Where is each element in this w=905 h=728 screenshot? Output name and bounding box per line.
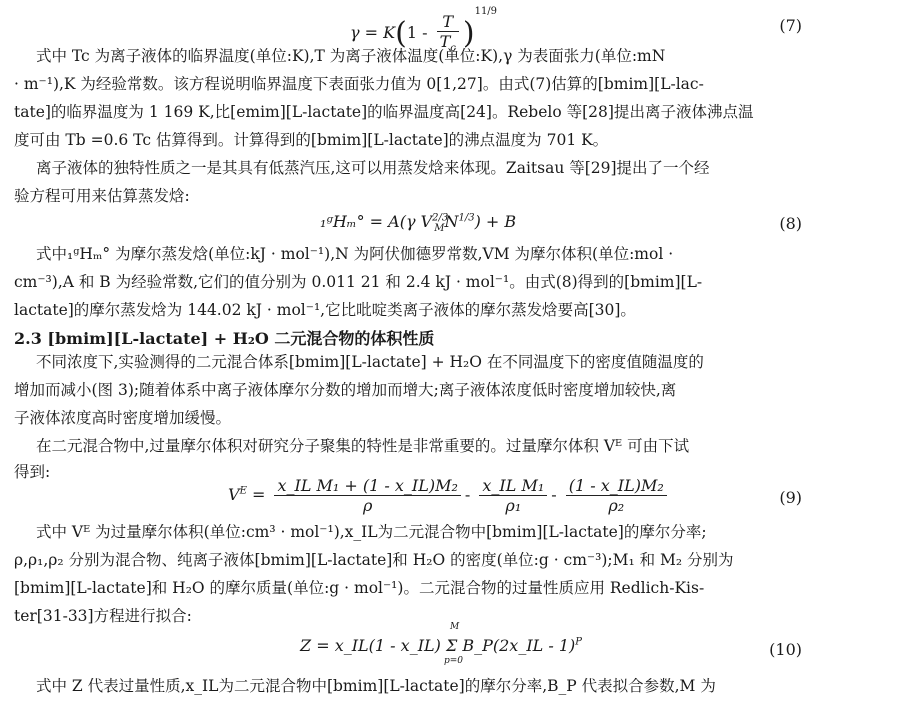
text-line: tate]的临界温度为 1 169 K,比[emim][L-lactate]的临… [14, 102, 804, 122]
eq8-sub: M [434, 223, 444, 234]
eq10-text: Z = x_IL(1 - x_IL) Σ B_P(2x_IL - 1) [300, 636, 575, 655]
text-line: 验方程可用来估算蒸发焓: [14, 186, 804, 206]
eq9-fraction-3: (1 - x_IL)M₂ρ₂ [566, 476, 667, 515]
equation-number-8: (8) [779, 214, 802, 233]
equation-number-7: (7) [779, 16, 802, 35]
text-line: ρ,ρ₁,ρ₂ 分别为混合物、纯离子液体[bmim][L-lactate]和 H… [14, 550, 804, 570]
eq9-fraction-2: x_IL M₁ρ₁ [479, 476, 547, 515]
eq7-lhs: γ = K [350, 23, 395, 42]
text-line: 在二元混合物中,过量摩尔体积对研究分子聚集的特性是非常重要的。过量摩尔体积 Vᴱ… [36, 436, 826, 456]
text-line: 式中₁ᵍHₘ° 为摩尔蒸发焓(单位:kJ · mol⁻¹),N 为阿伏伽德罗常数… [36, 244, 826, 264]
eq7-exponent: 11/9 [475, 6, 497, 17]
text-line: lactate]的摩尔蒸发焓为 144.02 kJ · mol⁻¹,它比吡啶类离… [14, 300, 804, 320]
eq8-tail: ) + B [475, 212, 517, 231]
text-line: 式中 Tc 为离子液体的临界温度(单位:K),T 为离子液体温度(单位:K),γ… [36, 46, 826, 66]
text-line: · m⁻¹),K 为经验常数。该方程说明临界温度下表面张力值为 0[1,27]。… [14, 74, 804, 94]
text-line: [bmim][L-lactate]和 H₂O 的摩尔质量(单位:g · mol⁻… [14, 578, 804, 598]
equation-number-10: (10) [769, 640, 802, 659]
section-heading: 2.3 [bmim][L-lactate] + H₂O 二元混合物的体积性质 [14, 326, 434, 349]
equals-sign: = [252, 485, 265, 504]
minus-sign: - [551, 485, 556, 504]
eq9-f1-num: x_IL M₁ + (1 - x_IL)M₂ [274, 476, 460, 496]
text-line: 离子液体的独特性质之一是其具有低蒸汽压,这可以用蒸发焓来体现。Zaitsau 等… [36, 158, 826, 178]
eq7-inner: 1 - [407, 23, 428, 42]
text-line: 度可由 Tb =0.6 Tc 估算得到。计算得到的[bmim][L-lactat… [14, 130, 804, 150]
eq9-f2-den: ρ₁ [479, 496, 547, 515]
eq9-f3-den: ρ₂ [566, 496, 667, 515]
sum-limits: M [450, 622, 459, 632]
eq8-text: ₁ᵍHₘ° = A(γ V [320, 212, 432, 231]
text-line: 不同浓度下,实验测得的二元混合体系[bmim][L-lactate] + H₂O… [36, 352, 826, 372]
equation-10: Z = x_IL(1 - x_IL) Σ B_P(2x_IL - 1)P M p… [300, 636, 582, 655]
eq10-exponent: P [575, 637, 582, 648]
text-line: ter[31-33]方程进行拟合: [14, 606, 804, 626]
eq9-fraction-1: x_IL M₁ + (1 - x_IL)M₂ρ [274, 476, 460, 515]
eq9-lhs-sup: E [240, 486, 247, 497]
sum-limits-bottom: p=0 [444, 656, 463, 666]
text-line: 式中 Z 代表过量性质,x_IL为二元混合物中[bmim][L-lactate]… [36, 676, 826, 696]
equation-number-9: (9) [779, 488, 802, 507]
eq8-rest: N [445, 212, 459, 231]
text-line: 式中 Vᴱ 为过量摩尔体积(单位:cm³ · mol⁻¹),x_IL为二元混合物… [36, 522, 826, 542]
eq9-f2-num: x_IL M₁ [479, 476, 547, 496]
eq9-lhs: V [228, 485, 240, 504]
text-line: 增加而减小(图 3);随着体系中离子液体摩尔分数的增加而增大;离子液体浓度低时密… [14, 380, 804, 400]
eq9-f1-den: ρ [274, 496, 460, 515]
eq9-f3-num: (1 - x_IL)M₂ [566, 476, 667, 496]
equation-9: VE = x_IL M₁ + (1 - x_IL)M₂ρ- x_IL M₁ρ₁-… [228, 476, 671, 515]
minus-sign: - [465, 485, 470, 504]
text-line: 子液体浓度高时密度增加缓慢。 [14, 408, 804, 428]
text-line: cm⁻³),A 和 B 为经验常数,它们的值分别为 0.011 21 和 2.4… [14, 272, 804, 292]
equation-8: ₁ᵍHₘ° = A(γ V2/3MN1/3) + B [320, 212, 516, 234]
eq7-num: T [437, 12, 459, 32]
eq8-rest-sup: 1/3 [459, 213, 475, 224]
